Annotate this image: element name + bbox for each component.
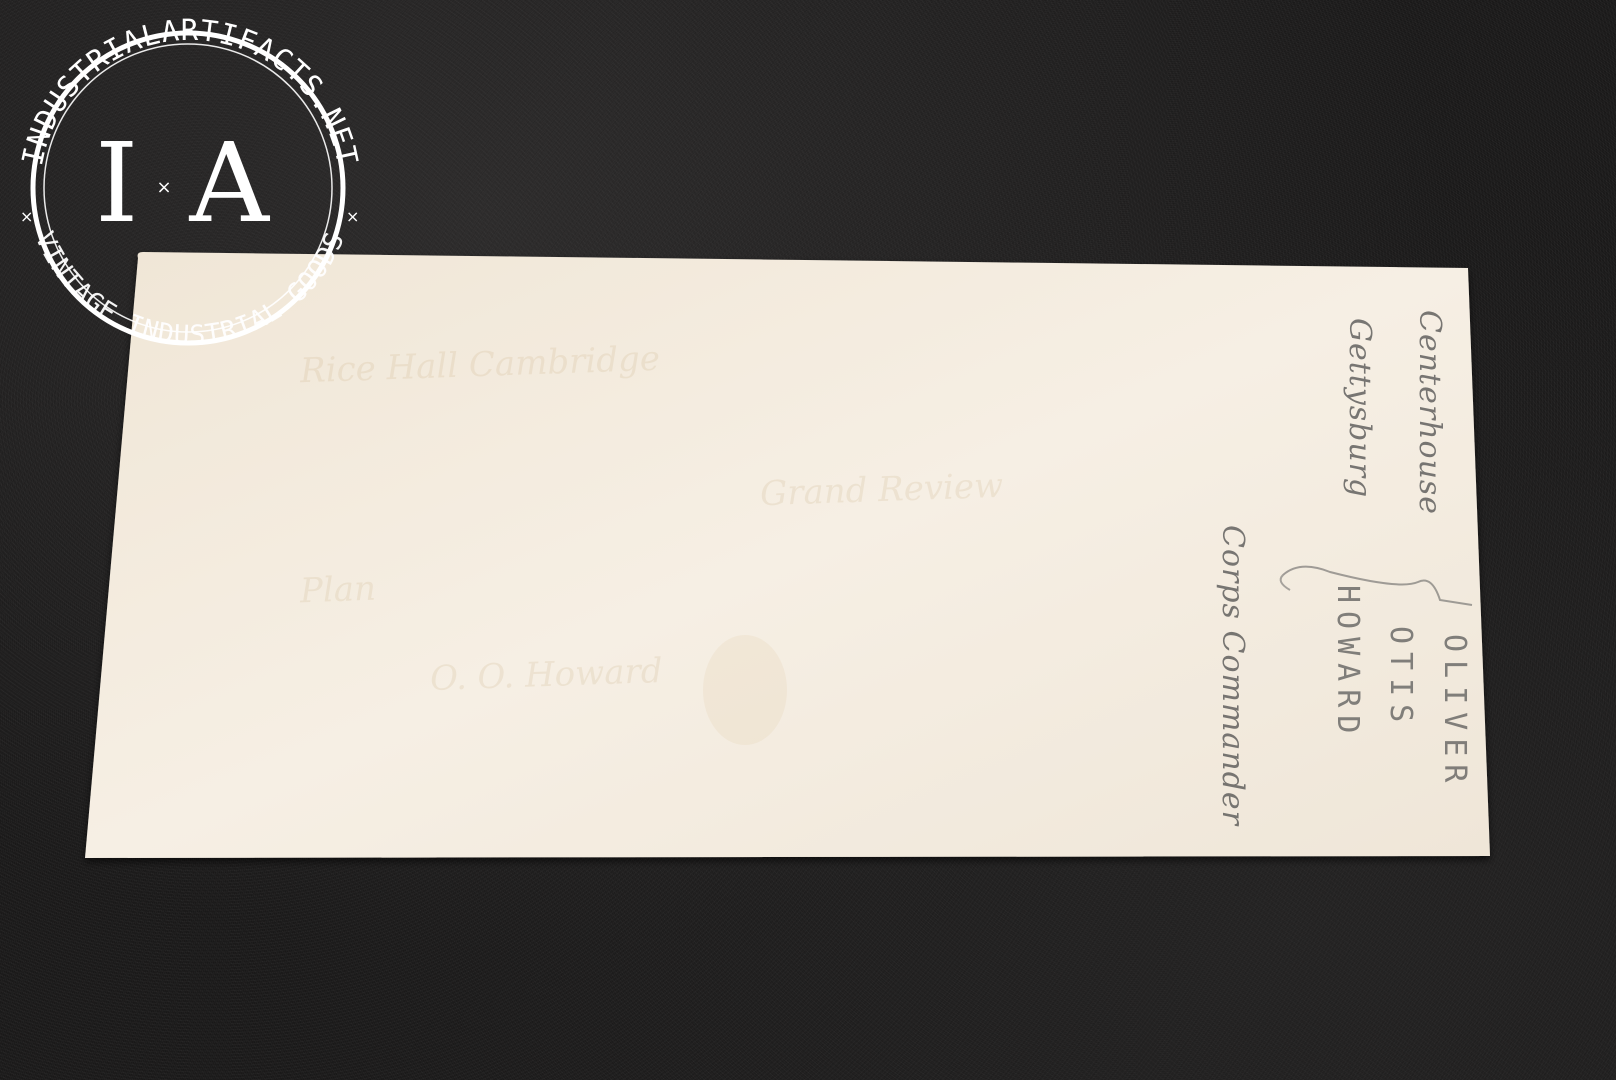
pencil-note-corps-commander: Corps Commander <box>1215 525 1250 826</box>
pencil-note-gettysburg: Gettysburg <box>1342 318 1377 498</box>
watermark-logo: INDUSTRIALARTIFACTS.NET VINTAGE INDUSTRI… <box>0 0 380 360</box>
pencil-note-howard: HOWARD <box>1330 585 1365 741</box>
show-through-line-4: O. O. Howard <box>429 651 663 699</box>
monogram-a: A <box>190 128 271 238</box>
watermark-side-mark-left: × <box>20 207 33 226</box>
pencil-note-oliver: OLIVER <box>1437 634 1472 790</box>
watermark-monogram: I × A <box>95 128 271 238</box>
monogram-separator: × <box>156 179 173 197</box>
pencil-note-centerhouse: Centerhouse <box>1412 310 1447 515</box>
monogram-i: I <box>95 128 140 238</box>
watermark-side-mark-right: × <box>346 207 359 226</box>
show-through-line-3: Plan <box>299 569 376 612</box>
show-through-line-2: Grand Review <box>759 466 1003 514</box>
pencil-note-otis: OTIS <box>1383 626 1418 730</box>
